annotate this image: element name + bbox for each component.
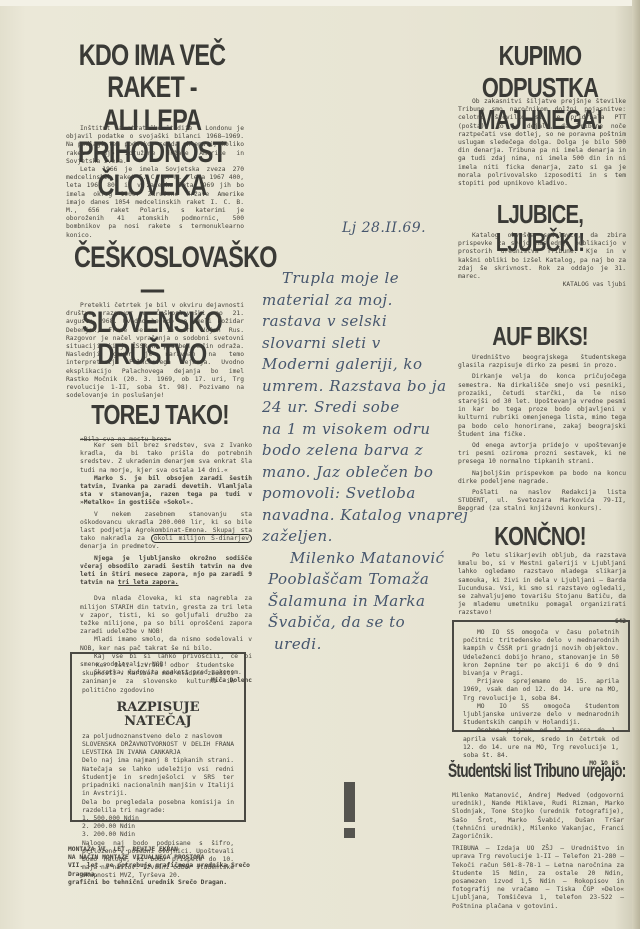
circled-phrase: okoli milijon S-dinarjev xyxy=(151,534,252,543)
paragraph: Njega je ljubljansko okrožno sodišče vče… xyxy=(80,555,252,588)
paragraph: Prijave sprejemamo do 15. aprila 1969, v… xyxy=(463,678,619,703)
paragraph: SLOVENSKA DRŽAVNOTVORNOST V DELIH FRANA … xyxy=(82,741,234,757)
article-koncno: KONČNO! xyxy=(450,522,630,550)
headline-line: KDO IMA VEČ RAKET - xyxy=(74,40,230,105)
text: denarja in predmetov. xyxy=(80,543,160,550)
paragraph: MO IO SS omogoča v času poletnih počitni… xyxy=(463,629,619,678)
headline-torej: TOREJ TAKO! xyxy=(82,400,238,430)
paragraph: Pošlati na naslov Redakcija lista STUDEN… xyxy=(458,489,626,514)
paper-top-edge xyxy=(0,0,640,6)
paragraph: Inštitut za strateške študije v Londonu … xyxy=(66,125,244,166)
prize-item: 2. 200.00 Ndin xyxy=(82,823,234,831)
paragraph: Uredništvo beograjskega študentskega gla… xyxy=(458,354,626,370)
handwritten-line: Švabiča, da se to xyxy=(262,612,468,634)
paragraph: Ker sem bil brez sredstev, sva z Ivanko … xyxy=(80,442,252,475)
handwritten-date: Lj 28.II.69. xyxy=(342,218,426,240)
exclamation-mark-graphic xyxy=(344,782,355,838)
paragraph: Katalog obvešča sodelavce, da zbira pris… xyxy=(458,232,626,281)
headline-koncno: KONČNO! xyxy=(470,522,610,550)
article-montaza: MONTAŽA VI. LET. REVIJE EKRAN NA NAČIN M… xyxy=(68,846,268,887)
signature: KATALOG vas ljubi xyxy=(458,281,626,289)
handwritten-line: 24 ur. Sredi sobe xyxy=(262,397,468,419)
handwritten-line: bodo zelena barva z xyxy=(262,440,468,462)
handwritten-line: Moderni galeriji, ko xyxy=(262,354,468,376)
headline-line: KUPIMO ODPUSTKA xyxy=(470,40,610,104)
handwritten-signature: Milenko Matanović xyxy=(262,548,468,570)
handwritten-line: uredi. xyxy=(262,634,468,656)
handwritten-line: rastava v selski xyxy=(262,311,468,333)
paragraph: Od enega avtorja pridejo v upoštevanje t… xyxy=(458,442,626,467)
paragraph: MO IO SS omogoča študentom ljubljanske u… xyxy=(463,703,619,728)
handwritten-line: zaželjen. xyxy=(262,526,468,548)
staff-list: Milenko Matanović, Andrej Medved (odgovo… xyxy=(452,792,624,841)
paragraph: V nekem zasebnem stanovanju sta oškodova… xyxy=(80,511,252,552)
paragraph: Po letu slikarjevih obljub, da razstava … xyxy=(458,552,626,618)
paragraph: Pretekli četrtek je bil v okviru dejavno… xyxy=(66,302,244,400)
newspaper-page: KDO IMA VEČ RAKET - ALI LEPA PRIHODNOST … xyxy=(0,0,640,929)
handwritten-line: Pooblaščam Tomaža xyxy=(262,569,468,591)
paragraph: Delo naj ima najmanj 8 tipkanih strani. … xyxy=(82,757,234,798)
article-aufbiks: AUF BIKS! xyxy=(450,322,630,350)
natecaj-box: Ker želi izvršni odbor študentske skupno… xyxy=(70,652,246,822)
paragraph: Dela bo pregledala posebna komisija in r… xyxy=(82,799,234,815)
paragraph: za poljudnoznanstveno delo z naslovom xyxy=(82,733,234,741)
handwritten-line: mano. Jaz oblečen bo xyxy=(262,462,468,484)
article-torej-body: »Bila sva na mestu brez« Ker sem bil bre… xyxy=(80,436,252,686)
handwritten-line: navadna. Katalog vnaprej xyxy=(262,505,468,527)
impressum-body: Milenko Matanović, Andrej Medved (odgovo… xyxy=(452,792,624,911)
text-line: MONTAŽA VI. LET. REVIJE EKRAN xyxy=(68,846,268,854)
paragraph: Dva mlada človeka, ki sta nagrebla za mi… xyxy=(80,595,252,636)
paragraph: Leta 1966 je imela Sovjetska zveza 270 m… xyxy=(66,166,244,240)
article-odpustka-body: Ob zakasnitvi šiljatve prejšnje številke… xyxy=(458,98,626,188)
text-line: grafični bo tehnični urednik Srečo Draga… xyxy=(68,879,268,887)
publisher-info: TRIBUNA — Izdaja UO ZŠJ — Uredništvo in … xyxy=(452,845,624,911)
exclamation-bar xyxy=(344,782,355,822)
paragraph: Najboljšim prispevkom pa bodo na koncu d… xyxy=(458,470,626,486)
paragraph: Ob zakasnitvi šiljatve prejšnje številke… xyxy=(458,98,626,188)
article-aufbiks-body: Uredništvo beograjskega študentskega gla… xyxy=(458,354,626,514)
underlined-phrase: tri leta zapora. xyxy=(118,579,179,586)
article-ceskoslovasko-body: Pretekli četrtek je bil v okviru dejavno… xyxy=(66,302,244,400)
handwritten-line: slovarni sleti v xyxy=(262,333,468,355)
paragraph: Osebne prijave od 17. marca do 1. aprila… xyxy=(463,727,619,760)
prize-item: 1. 500.000 Ndin xyxy=(82,815,234,823)
handwritten-note: Trupla moje le material za moj. rastava … xyxy=(262,268,468,655)
article-ljubice-body: Katalog obvešča sodelavce, da zbira pris… xyxy=(458,232,626,289)
handwritten-line: material za moj. xyxy=(262,290,468,312)
handwritten-line: umrem. Razstava bo ja xyxy=(262,376,468,398)
headline-natecaj: RAZPISUJE NATEČAJ xyxy=(82,701,234,729)
article-rakete-body: Inštitut za strateške študije v Londonu … xyxy=(66,125,244,240)
text-line: VII. let. ne potrebuje grafičnega uredni… xyxy=(68,862,268,878)
handwritten-line: Šalamuna in Marka xyxy=(262,591,468,613)
paragraph: Mladi imamo smolo, da nismo sodelovali v… xyxy=(80,636,252,652)
handwritten-line: Trupla moje le xyxy=(262,268,468,290)
paragraph: Dirkanje velja do konca pričujočega seme… xyxy=(458,373,626,439)
impressum-headline: Študentski list Tribuno urejajo: xyxy=(448,762,581,783)
exclamation-dot xyxy=(344,828,355,838)
handwritten-line: pomovoli: Svetloba xyxy=(262,483,468,505)
paragraph: Ker želi izvršni odbor študentske skupno… xyxy=(82,662,234,695)
handwritten-line: na 1 m visokem odru xyxy=(262,419,468,441)
headline-line: ČEŠKOSLOVAŠKO — xyxy=(74,242,230,307)
impressum: Študentski list Tribuno urejajo: xyxy=(448,762,633,783)
article-torej-tako: TOREJ TAKO! xyxy=(60,400,260,430)
moioss-box: MO IO SS omogoča v času poletnih počitni… xyxy=(452,620,630,732)
article-koncno-body: Po letu slikarjevih obljub, da razstava … xyxy=(458,552,626,626)
headline-aufbiks: AUF BIKS! xyxy=(470,322,610,350)
prize-item: 3. 200.00 Ndin xyxy=(82,831,234,839)
paper-right-edge xyxy=(632,0,640,929)
paragraph: Marko S. je bil obsojen zaradi šestih ta… xyxy=(80,475,252,508)
